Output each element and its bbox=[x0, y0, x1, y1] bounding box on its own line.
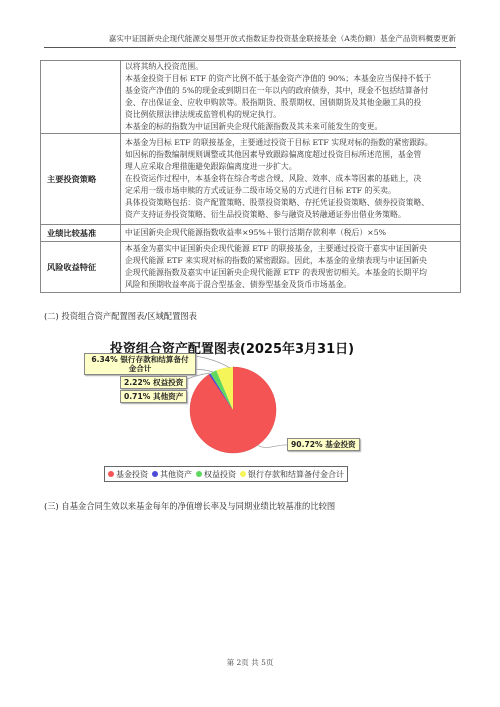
legend-label: 权益投资 bbox=[204, 469, 236, 480]
row-label: 风险收益特征 bbox=[41, 242, 121, 293]
row-content: 本基金为嘉实中证国新央企现代能源 ETF 的联接基金，主要通过投资于嘉实中证国新… bbox=[121, 242, 461, 293]
text-line: 以将其纳入投资范围。 bbox=[125, 61, 456, 73]
row-content: 本基金为目标 ETF 的联接基金，主要通过投资于目标 ETF 实现对标的指数的紧… bbox=[121, 134, 461, 225]
callout-equity: 2.22% 权益投资 bbox=[120, 376, 187, 389]
red-dot-icon bbox=[108, 471, 114, 477]
legend-item-equity: 权益投资 bbox=[196, 469, 236, 480]
green-dot-icon bbox=[196, 471, 202, 477]
text-line: 具体投资策略包括：资产配置策略、股票投资策略、存托凭证投资策略、债券投资策略、 bbox=[125, 197, 456, 209]
legend-item-fund: 基金投资 bbox=[108, 469, 148, 480]
table-row-risk-return: 风险收益特征 本基金为嘉实中证国新央企现代能源 ETF 的联接基金，主要通过投资… bbox=[41, 242, 461, 293]
text-line: 定采用一级市场申赎的方式或证券二级市场交易的方式进行目标 ETF 的买卖。 bbox=[125, 185, 456, 197]
row-content: 以将其纳入投资范围。 本基金投资于目标 ETF 的资产比例不低于基金资产净值的 … bbox=[121, 61, 461, 134]
row-label bbox=[41, 61, 121, 134]
text-line: 企现代能源指数及嘉实中证国新央企现代能源 ETF 的表现密切相关。本基金的长期平… bbox=[125, 267, 456, 279]
fund-info-table: 以将其纳入投资范围。 本基金投资于目标 ETF 的资产比例不低于基金资产净值的 … bbox=[40, 60, 461, 293]
text-line: 本基金为目标 ETF 的联接基金，主要通过投资于目标 ETF 实现对标的指数的紧… bbox=[125, 137, 456, 149]
legend-label: 其他资产 bbox=[160, 469, 192, 480]
callout-other-assets: 0.71% 其他资产 bbox=[120, 390, 187, 403]
callout-bank-deposits: 6.34% 银行存款和结算备付 金合计 bbox=[84, 353, 196, 375]
callout-text: 金合计 bbox=[88, 364, 192, 373]
legend-label: 银行存款和结算备付金合计 bbox=[248, 469, 344, 480]
text-line: 企现代能源 ETF 来实现对标的指数的紧密跟踪。因此，本基金的业绩表现与中证国新… bbox=[125, 255, 456, 267]
table-row-investment-strategy: 主要投资策略 本基金为目标 ETF 的联接基金，主要通过投资于目标 ETF 实现… bbox=[41, 134, 461, 225]
text-line: 风险和预期收益率高于混合型基金、债券型基金及货币市场基金。 bbox=[125, 279, 456, 291]
row-label: 业绩比较基准 bbox=[41, 225, 121, 242]
text-line: 理人应采取合理措施避免跟踪偏离度进一步扩大。 bbox=[125, 161, 456, 173]
section-title-allocation: (二) 投资组合资产配置图表/区域配置图表 bbox=[44, 310, 197, 322]
row-label: 主要投资策略 bbox=[41, 134, 121, 225]
yellow-dot-icon bbox=[240, 471, 246, 477]
text-line: 基金资产净值的 5%的现金或到期日在一年以内的政府债券，其中，现金不包括结算备付 bbox=[125, 85, 456, 97]
table-row-benchmark: 业绩比较基准 中证国新央企现代能源指数收益率×95%＋银行活期存款利率（税后）×… bbox=[41, 225, 461, 242]
text-line: 如因标的指数编制规则调整或其他因素导致跟踪偏离度超过投资目标所述范围，基金管 bbox=[125, 149, 456, 161]
legend-item-other: 其他资产 bbox=[152, 469, 192, 480]
text-line: 金、存出保证金、应收申购款等。股指期货、股票期权、国债期货及其他金融工具的投 bbox=[125, 97, 456, 109]
pie-slices bbox=[190, 367, 276, 453]
document-header: 嘉实中证国新央企现代能源交易型开放式指数证券投资基金联接基金（A类份额）基金产品… bbox=[44, 33, 456, 48]
text-line: 资产支持证券投资策略、衍生品投资策略、参与融资及转融通证券出借业务策略。 bbox=[125, 209, 456, 221]
text-line: 本基金为嘉实中证国新央企现代能源 ETF 的联接基金，主要通过投资于嘉实中证国新… bbox=[125, 243, 456, 255]
asset-allocation-pie-chart: 投资组合资产配置图表(2025年3月31日) 6.34% 银行存款和结算备付 金… bbox=[82, 336, 382, 486]
table-row-investment-scope: 以将其纳入投资范围。 本基金投资于目标 ETF 的资产比例不低于基金资产净值的 … bbox=[41, 61, 461, 134]
blue-dot-icon bbox=[152, 471, 158, 477]
callout-text: 6.34% 银行存款和结算备付 bbox=[88, 355, 192, 364]
text-line: 本基金投资于目标 ETF 的资产比例不低于基金资产净值的 90%；本基金应当保持… bbox=[125, 73, 456, 85]
text-line: 中证国新央企现代能源指数收益率×95%＋银行活期存款利率（税后）×5% bbox=[125, 227, 456, 239]
legend-label: 基金投资 bbox=[116, 469, 148, 480]
text-line: 本基金的标的指数为中证国新央企现代能源指数及其未来可能发生的变更。 bbox=[125, 121, 456, 133]
row-content: 中证国新央企现代能源指数收益率×95%＋银行活期存款利率（税后）×5% bbox=[121, 225, 461, 242]
section-title-performance: (三) 自基金合同生效以来基金每年的净值增长率及与同期业绩比较基准的比较图 bbox=[44, 500, 335, 512]
text-line: 在投资运作过程中，本基金将在综合考虑合规、风险、效率、成本等因素的基础上，决 bbox=[125, 173, 456, 185]
legend-item-bank: 银行存款和结算备付金合计 bbox=[240, 469, 344, 480]
chart-legend: 基金投资 其他资产 权益投资 银行存款和结算备付金合计 bbox=[104, 466, 348, 482]
text-line: 资比例依照法律法规或监管机构的规定执行。 bbox=[125, 109, 456, 121]
page-footer: 第 2页 共 5页 bbox=[0, 657, 500, 668]
callout-fund-investment: 90.72% 基金投资 bbox=[287, 438, 360, 451]
